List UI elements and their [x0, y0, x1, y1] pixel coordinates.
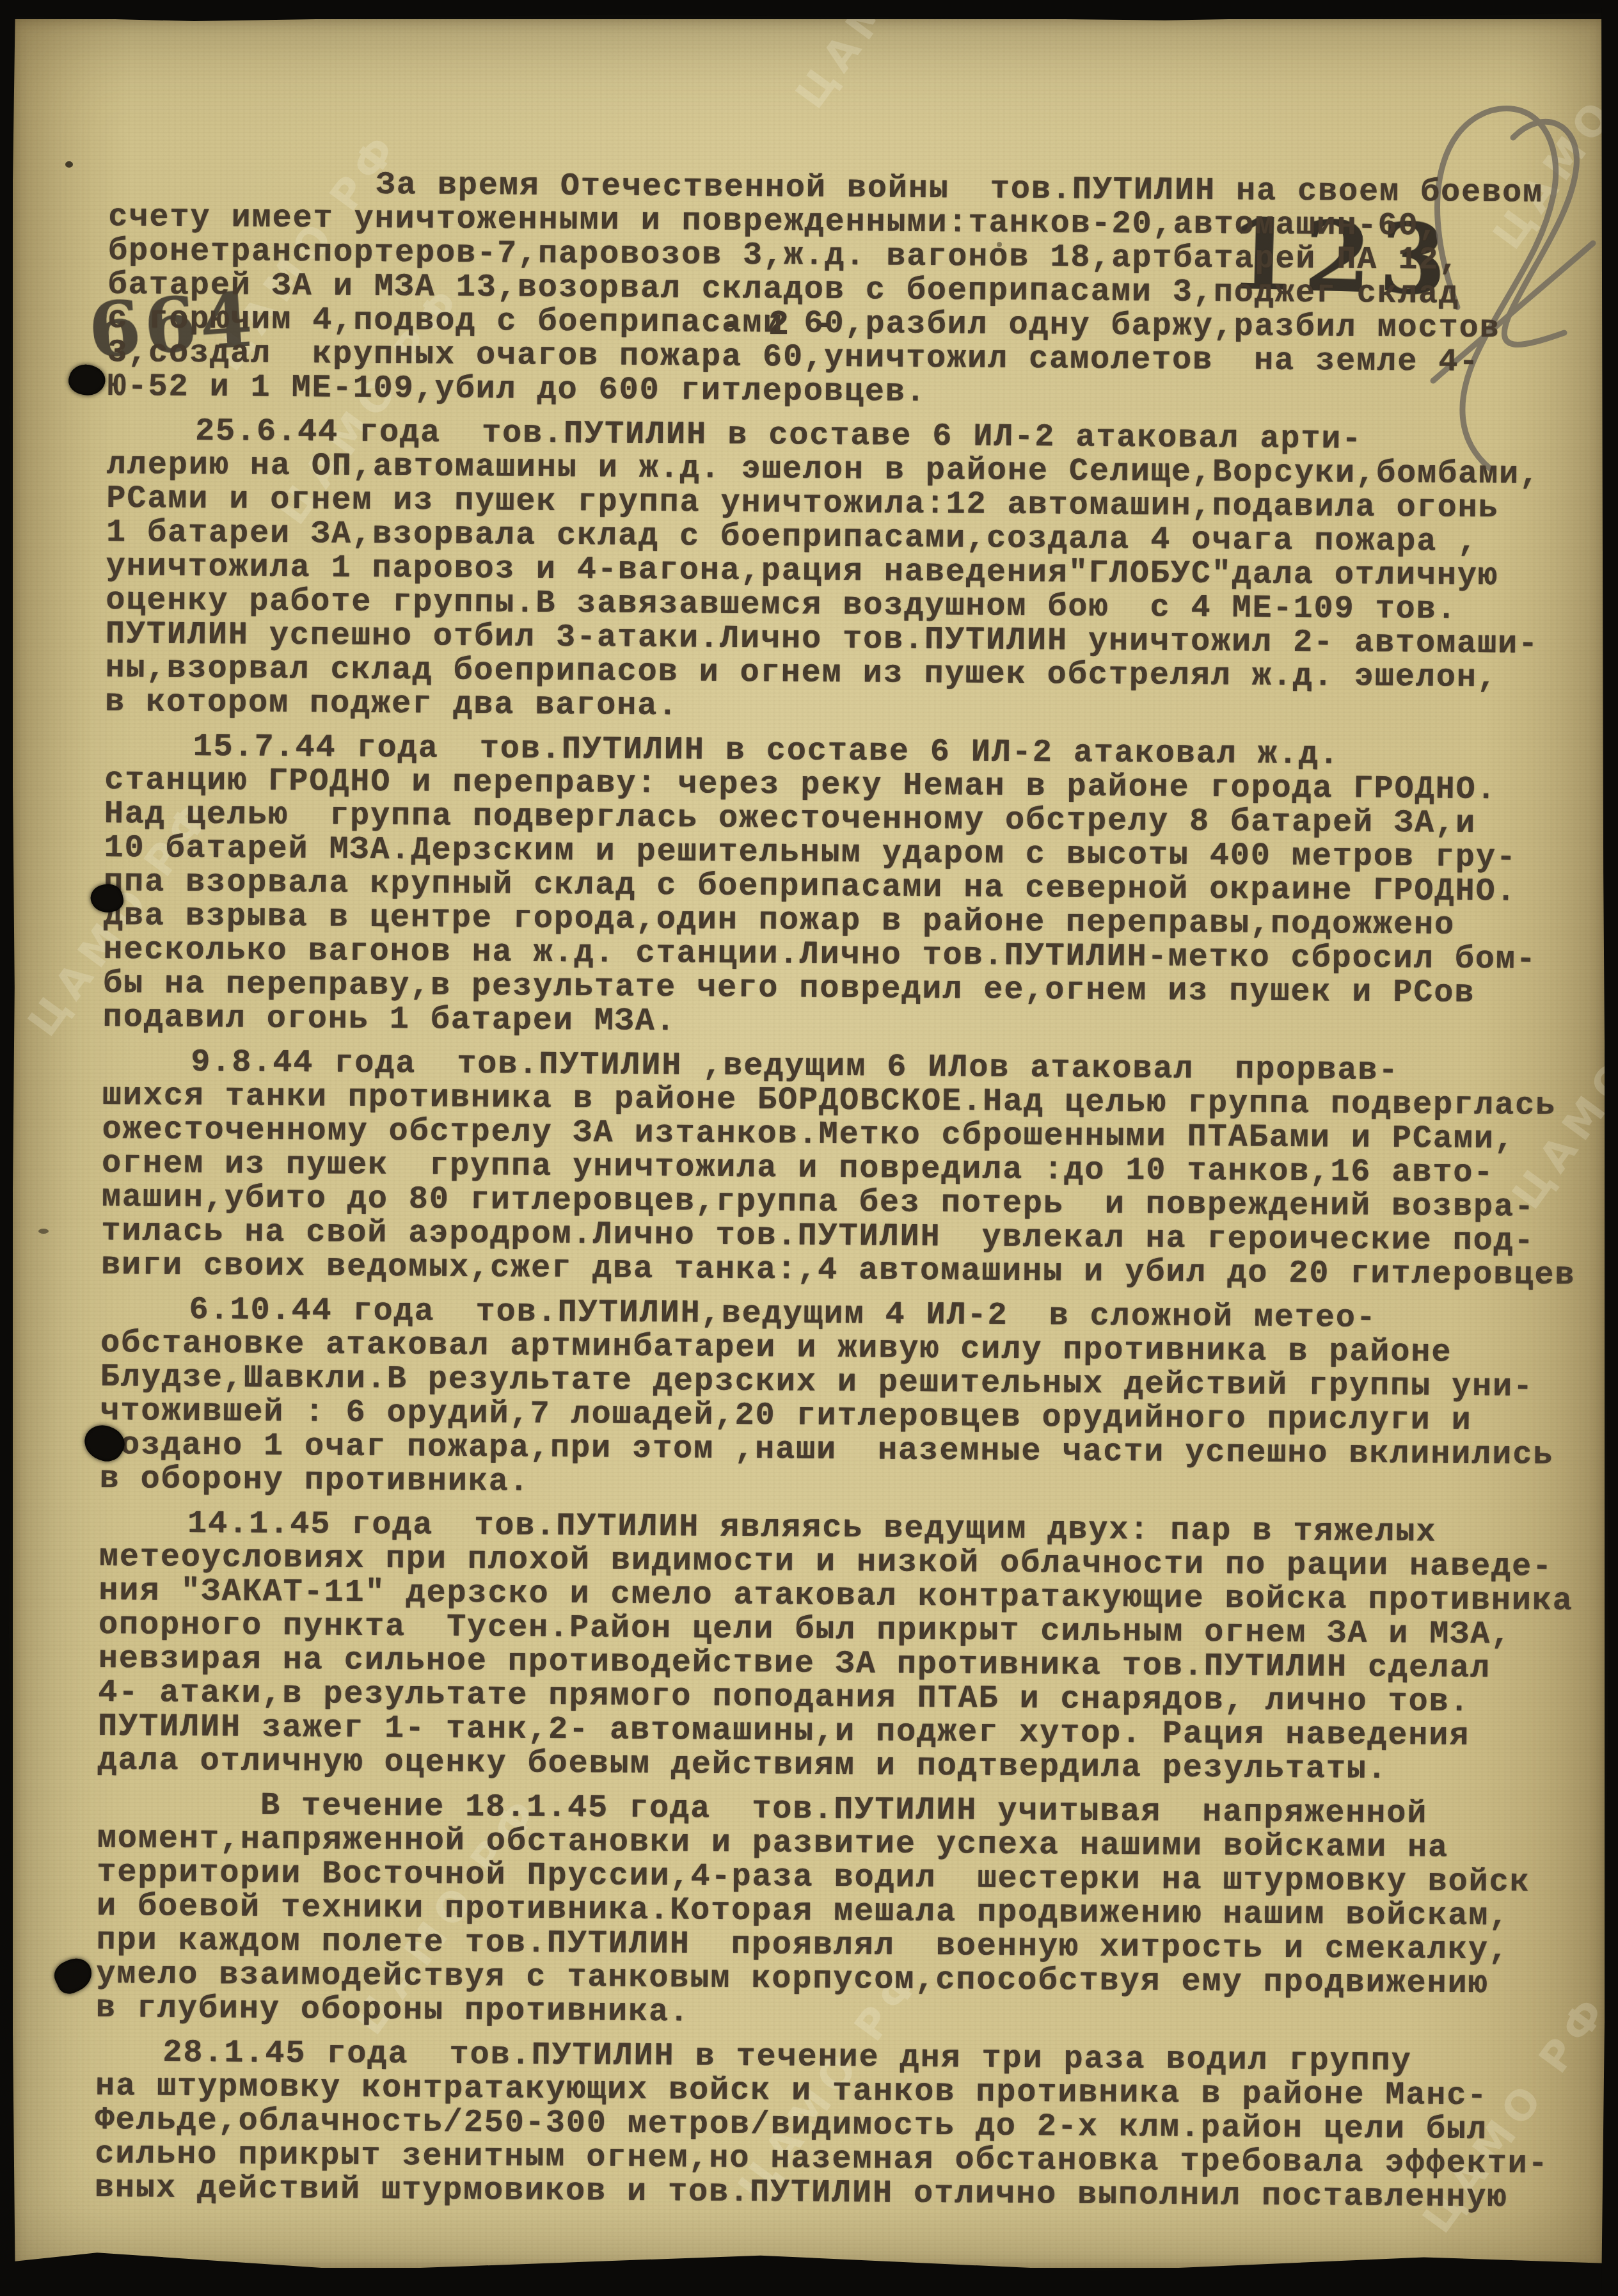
paragraph: За время Отечественной войны тов.ПУТИЛИН… [107, 166, 1605, 415]
ink-speck [38, 1229, 49, 1234]
ink-speck [997, 242, 1002, 247]
paragraph: 14.1.45 года тов.ПУТИЛИН являясь ведущим… [97, 1506, 1605, 1789]
paragraph: 9.8.44 года тов.ПУТИЛИН ,ведущим 6 ИЛов … [101, 1045, 1605, 1293]
ink-speck [65, 161, 73, 168]
paragraph: 28.1.45 года тов.ПУТИЛИН в течение дня т… [95, 2036, 1605, 2216]
paragraph: 6.10.44 года тов.ПУТИЛИН,ведущим 4 ИЛ-2 … [99, 1293, 1605, 1507]
scanned-document-page: { "document": { "header": { "archive_num… [0, 0, 1618, 2296]
paragraph: В течение 18.1.45 года тов.ПУТИЛИН учиты… [96, 1788, 1605, 2036]
watermark-camo-rf: ЦАМО РФ [787, 19, 992, 117]
paragraph: 15.7.44 года тов.ПУТИЛИН в составе 6 ИЛ-… [103, 729, 1605, 1046]
paragraph: 25.6.44 года тов.ПУТИЛИН в составе 6 ИЛ-… [105, 414, 1605, 730]
paper-sheet: ЦАМО РФ ЦАМО РФ ЦАМО РФ ЦАМО РФ ЦАМО РФ … [13, 19, 1605, 2268]
punch-hole [50, 1953, 97, 1998]
document-body: За время Отечественной войны тов.ПУТИЛИН… [95, 166, 1605, 2216]
